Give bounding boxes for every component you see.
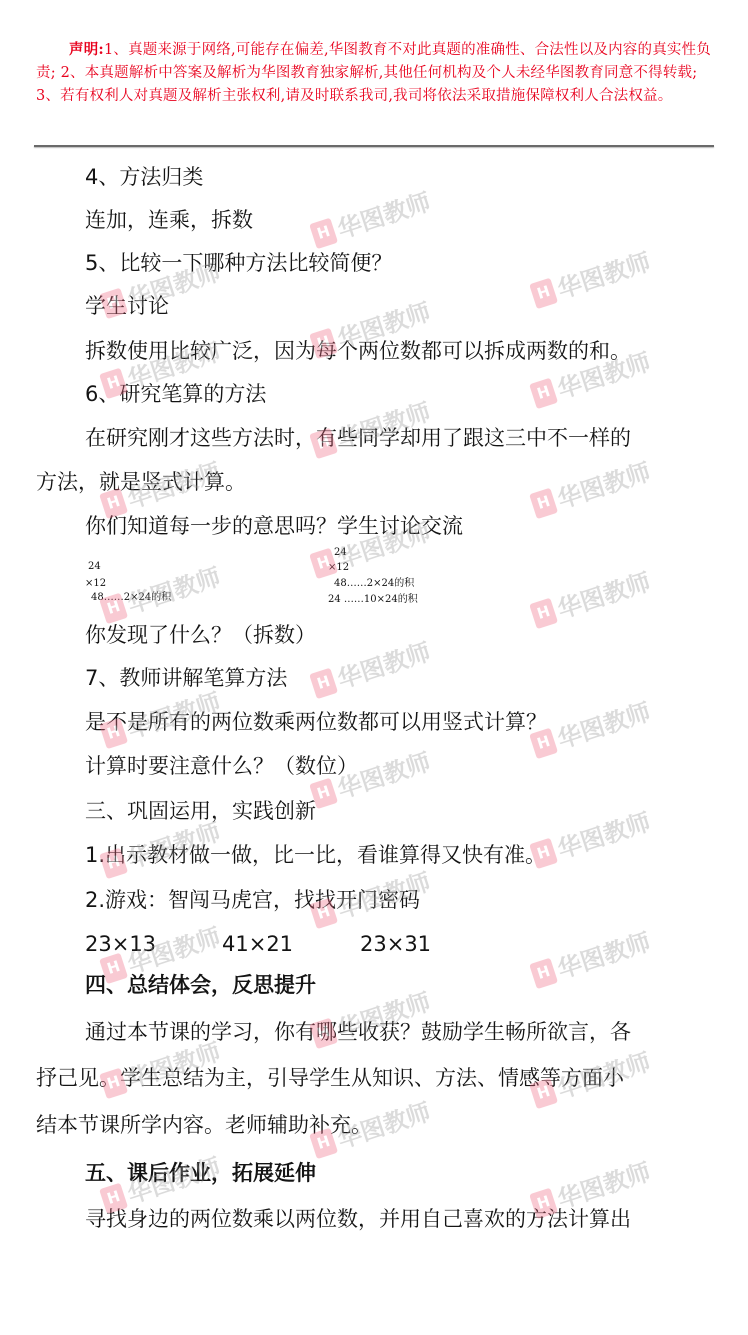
section-7-title: 7、教师讲解笔算方法 bbox=[85, 664, 287, 692]
watermark-logo-icon bbox=[309, 217, 338, 249]
calc-right-line3: 48……2×24的积 bbox=[334, 577, 414, 591]
watermark-logo: 华图教师 bbox=[528, 922, 655, 993]
section-7-q1: 是不是所有的两位数乘两位数都可以用竖式计算？ bbox=[85, 708, 547, 736]
watermark-logo: 华图教师 bbox=[308, 632, 435, 703]
part-3-title: 三、巩固运用，实践创新 bbox=[85, 797, 316, 825]
calc-left-line3: 48……2×24的积 bbox=[91, 591, 171, 605]
part-3-item-2: 2.游戏：智闯马虎宫，找找开门密码 bbox=[85, 886, 420, 914]
section-6-body-1: 在研究刚才这些方法时，有些同学却用了跟这三中不一样的 bbox=[85, 424, 631, 452]
watermark-logo-icon bbox=[309, 667, 338, 699]
calc-right-line4: 24 ……10×24的积 bbox=[328, 593, 418, 607]
header-divider bbox=[34, 145, 714, 147]
part-4-body-2: 抒己见。学生总结为主，引导学生从知识、方法、情感等方面小 bbox=[36, 1064, 624, 1092]
watermark-logo-icon bbox=[529, 957, 558, 989]
watermark-logo: 华图教师 bbox=[528, 802, 655, 873]
expression-3: 23×31 bbox=[360, 930, 431, 958]
section-6-find: 你发现了什么？（拆数） bbox=[85, 621, 316, 649]
section-6-title: 6、研究笔算的方法 bbox=[85, 380, 266, 408]
section-5-title: 5、比较一下哪种方法比较简便？ bbox=[85, 249, 392, 277]
watermark-logo: 华图教师 bbox=[528, 452, 655, 523]
part-3-item-1: 1.出示教材做一做，比一比，看谁算得又快有准。 bbox=[85, 841, 546, 869]
section-5-body: 拆数使用比较广泛，因为每个两位数都可以拆成两数的和。 bbox=[85, 337, 631, 365]
watermark-logo: 华图教师 bbox=[308, 182, 435, 253]
calc-right-line1: 24 bbox=[334, 546, 347, 560]
disclaimer-text: 1、真题来源于网络,可能存在偏差,华图教育不对此真题的准确性、合法性以及内容的真… bbox=[36, 42, 711, 104]
calc-left-line2: ×12 bbox=[85, 577, 106, 591]
section-6-question: 你们知道每一步的意思吗？学生讨论交流 bbox=[85, 512, 463, 540]
part-4-body-3: 结本节课所学内容。老师辅助补充。 bbox=[36, 1111, 372, 1139]
watermark-logo-icon bbox=[529, 487, 558, 519]
disclaimer-label: 声明: bbox=[69, 41, 104, 58]
watermark-logo-icon bbox=[529, 597, 558, 629]
part-4-title: 四、总结体会，反思提升 bbox=[85, 971, 316, 999]
disclaimer-notice: 声明:1、真题来源于网络,可能存在偏差,华图教育不对此真题的准确性、合法性以及内… bbox=[36, 38, 716, 108]
watermark-logo-icon bbox=[529, 377, 558, 409]
expression-2: 41×21 bbox=[222, 930, 293, 958]
calc-right-line2: ×12 bbox=[328, 561, 349, 575]
watermark-logo: 华图教师 bbox=[528, 242, 655, 313]
expression-1: 23×13 bbox=[85, 930, 156, 958]
part-4-body-1: 通过本节课的学习，你有哪些收获？鼓励学生畅所欲言，各 bbox=[85, 1018, 631, 1046]
section-5-discuss: 学生讨论 bbox=[85, 292, 169, 320]
section-7-q2: 计算时要注意什么？（数位） bbox=[85, 752, 358, 780]
watermark-logo-icon bbox=[529, 277, 558, 309]
part-5-body: 寻找身边的两位数乘以两位数，并用自己喜欢的方法计算出 bbox=[85, 1205, 631, 1233]
section-4-body: 连加，连乘，拆数 bbox=[85, 206, 253, 234]
section-4-title: 4、方法归类 bbox=[85, 163, 203, 191]
part-5-title: 五、课后作业，拓展延伸 bbox=[85, 1159, 316, 1187]
watermark-logo: 华图教师 bbox=[528, 562, 655, 633]
calc-left-line1: 24 bbox=[88, 560, 101, 574]
section-6-body-2: 方法，就是竖式计算。 bbox=[36, 468, 246, 496]
